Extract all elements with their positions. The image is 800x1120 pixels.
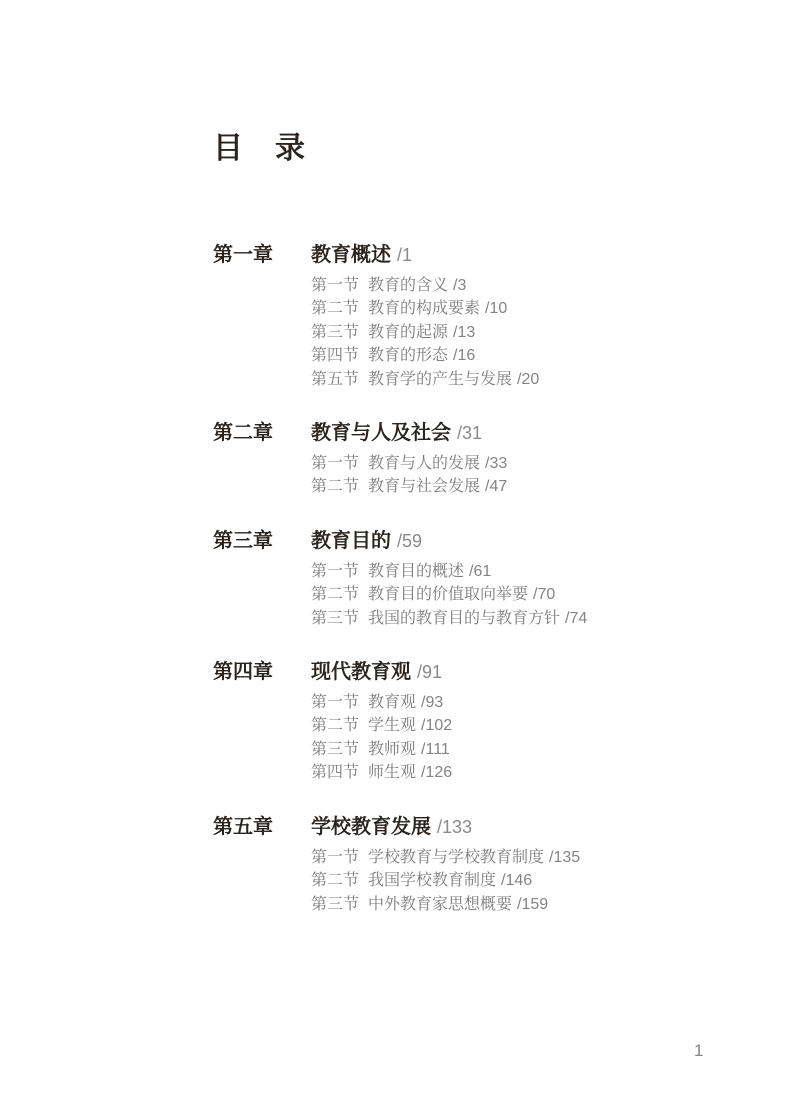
section-title: 教师观 — [368, 738, 416, 761]
chapter-block: 第一章 教育概述/1 第一节 教育的含义 /3 第二节 教育的构成要素 /10 … — [213, 244, 800, 391]
section-page-ref: /70 — [533, 583, 555, 606]
section-list: 第一节 学校教育与学校教育制度 /135 第二节 我国学校教育制度 /146 第… — [311, 846, 800, 916]
section-row: 第二节 我国学校教育制度 /146 — [311, 869, 800, 892]
section-row: 第四节 师生观 /126 — [311, 761, 800, 784]
section-page-ref: /135 — [549, 846, 580, 869]
section-row: 第三节 我国的教育目的与教育方针 /74 — [311, 607, 800, 630]
section-page-ref: /74 — [565, 607, 587, 630]
section-title: 学校教育与学校教育制度 — [368, 846, 544, 869]
section-list: 第一节 教育的含义 /3 第二节 教育的构成要素 /10 第三节 教育的起源 /… — [311, 274, 800, 391]
chapter-heading: 第四章 现代教育观/91 — [213, 661, 800, 683]
toc-page: 目 录 第一章 教育概述/1 第一节 教育的含义 /3 第二节 教育的构成要素 … — [0, 0, 800, 1120]
section-row: 第三节 中外教育家思想概要 /159 — [311, 893, 800, 916]
chapter-title-text: 现代教育观 — [311, 661, 411, 683]
section-number: 第二节 — [311, 714, 359, 737]
chapter-heading: 第二章 教育与人及社会/31 — [213, 422, 800, 444]
section-page-ref: /126 — [421, 761, 452, 784]
chapter-heading: 第五章 学校教育发展/133 — [213, 816, 800, 838]
chapter-block: 第五章 学校教育发展/133 第一节 学校教育与学校教育制度 /135 第二节 … — [213, 816, 800, 916]
section-row: 第一节 教育与人的发展 /33 — [311, 452, 800, 475]
toc-list: 第一章 教育概述/1 第一节 教育的含义 /3 第二节 教育的构成要素 /10 … — [213, 244, 800, 916]
section-number: 第一节 — [311, 846, 359, 869]
section-page-ref: /20 — [517, 368, 539, 391]
chapter-number: 第五章 — [213, 816, 311, 838]
chapter-title-text: 教育目的 — [311, 530, 391, 552]
chapter-title-text: 教育与人及社会 — [311, 422, 451, 444]
section-number: 第二节 — [311, 475, 359, 498]
chapter-block: 第三章 教育目的/59 第一节 教育目的概述 /61 第二节 教育目的价值取向举… — [213, 530, 800, 630]
section-number: 第一节 — [311, 452, 359, 475]
section-number: 第五节 — [311, 368, 359, 391]
chapter-title: 学校教育发展/133 — [311, 816, 472, 838]
chapter-title: 教育概述/1 — [311, 244, 412, 266]
section-title: 我国学校教育制度 — [368, 869, 496, 892]
section-title: 教育观 — [368, 691, 416, 714]
chapter-number: 第四章 — [213, 661, 311, 683]
chapter-title: 教育与人及社会/31 — [311, 422, 482, 444]
section-page-ref: /10 — [485, 297, 507, 320]
section-page-ref: /102 — [421, 714, 452, 737]
section-number: 第三节 — [311, 893, 359, 916]
section-number: 第二节 — [311, 869, 359, 892]
chapter-title: 现代教育观/91 — [311, 661, 442, 683]
section-title: 师生观 — [368, 761, 416, 784]
section-title: 学生观 — [368, 714, 416, 737]
chapter-title-text: 教育概述 — [311, 244, 391, 266]
page-title: 目 录 — [213, 133, 800, 165]
section-page-ref: /3 — [453, 274, 466, 297]
chapter-title-text: 学校教育发展 — [311, 816, 431, 838]
section-list: 第一节 教育与人的发展 /33 第二节 教育与社会发展 /47 — [311, 452, 800, 499]
section-title: 我国的教育目的与教育方针 — [368, 607, 560, 630]
section-row: 第四节 教育的形态 /16 — [311, 344, 800, 367]
chapter-page-ref: /1 — [397, 245, 412, 265]
section-row: 第二节 教育目的价值取向举要 /70 — [311, 583, 800, 606]
chapter-number: 第二章 — [213, 422, 311, 444]
section-number: 第三节 — [311, 321, 359, 344]
section-title: 教育目的价值取向举要 — [368, 583, 528, 606]
chapter-number: 第一章 — [213, 244, 311, 266]
section-title: 教育目的概述 — [368, 560, 464, 583]
section-row: 第二节 学生观 /102 — [311, 714, 800, 737]
section-number: 第一节 — [311, 274, 359, 297]
section-page-ref: /159 — [517, 893, 548, 916]
section-row: 第一节 教育的含义 /3 — [311, 274, 800, 297]
chapter-page-ref: /133 — [437, 817, 472, 837]
section-number: 第三节 — [311, 607, 359, 630]
page-number: 1 — [694, 1042, 703, 1060]
section-page-ref: /13 — [453, 321, 475, 344]
section-title: 教育与社会发展 — [368, 475, 480, 498]
section-row: 第三节 教师观 /111 — [311, 738, 800, 761]
chapter-page-ref: /59 — [397, 531, 422, 551]
section-page-ref: /33 — [485, 452, 507, 475]
section-title: 教育学的产生与发展 — [368, 368, 512, 391]
chapter-block: 第二章 教育与人及社会/31 第一节 教育与人的发展 /33 第二节 教育与社会… — [213, 422, 800, 499]
section-page-ref: /146 — [501, 869, 532, 892]
section-list: 第一节 教育目的概述 /61 第二节 教育目的价值取向举要 /70 第三节 我国… — [311, 560, 800, 630]
chapter-number: 第三章 — [213, 530, 311, 552]
section-number: 第一节 — [311, 691, 359, 714]
section-page-ref: /16 — [453, 344, 475, 367]
section-row: 第二节 教育的构成要素 /10 — [311, 297, 800, 320]
section-row: 第五节 教育学的产生与发展 /20 — [311, 368, 800, 391]
chapter-heading: 第一章 教育概述/1 — [213, 244, 800, 266]
section-title: 教育的形态 — [368, 344, 448, 367]
section-number: 第二节 — [311, 297, 359, 320]
section-number: 第四节 — [311, 344, 359, 367]
chapter-heading: 第三章 教育目的/59 — [213, 530, 800, 552]
section-number: 第三节 — [311, 738, 359, 761]
chapter-page-ref: /91 — [417, 662, 442, 682]
section-page-ref: /93 — [421, 691, 443, 714]
chapter-block: 第四章 现代教育观/91 第一节 教育观 /93 第二节 学生观 /102 第三… — [213, 661, 800, 785]
section-row: 第一节 学校教育与学校教育制度 /135 — [311, 846, 800, 869]
section-page-ref: /61 — [469, 560, 491, 583]
section-title: 教育的含义 — [368, 274, 448, 297]
section-number: 第二节 — [311, 583, 359, 606]
section-row: 第一节 教育观 /93 — [311, 691, 800, 714]
section-title: 教育与人的发展 — [368, 452, 480, 475]
chapter-page-ref: /31 — [457, 423, 482, 443]
section-number: 第一节 — [311, 560, 359, 583]
section-row: 第三节 教育的起源 /13 — [311, 321, 800, 344]
section-page-ref: /47 — [485, 475, 507, 498]
section-title: 教育的起源 — [368, 321, 448, 344]
section-list: 第一节 教育观 /93 第二节 学生观 /102 第三节 教师观 /111 第四… — [311, 691, 800, 785]
section-number: 第四节 — [311, 761, 359, 784]
section-title: 教育的构成要素 — [368, 297, 480, 320]
section-row: 第二节 教育与社会发展 /47 — [311, 475, 800, 498]
chapter-title: 教育目的/59 — [311, 530, 422, 552]
section-page-ref: /111 — [421, 738, 450, 761]
section-title: 中外教育家思想概要 — [368, 893, 512, 916]
section-row: 第一节 教育目的概述 /61 — [311, 560, 800, 583]
